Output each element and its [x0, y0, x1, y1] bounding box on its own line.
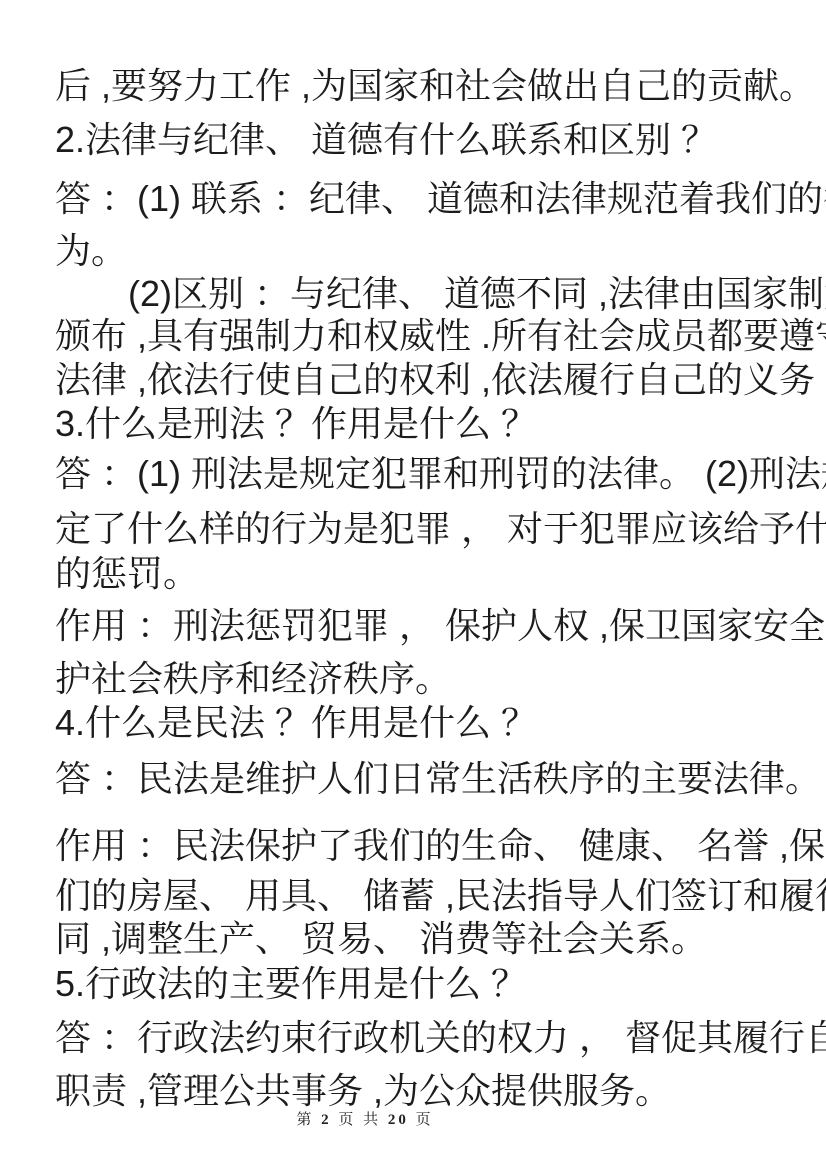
- question-3: 3.什么是刑法 ？作用是什么 ？: [55, 404, 537, 444]
- answer-5-line-1: 答 ：行政法约束行政机关的权力 ， 督促其履行自己的: [55, 1018, 826, 1058]
- answer-3-line-1: 答 ：(1) 刑法是规定犯罪和刑罚的法律。 (2)刑法规: [55, 454, 826, 494]
- document-page: 后 ,要努力工作 ,为国家和社会做出自己的贡献。 2.法律与纪律、 道德有什么联…: [0, 0, 826, 1169]
- answer-2-line-2: 为。: [55, 231, 127, 271]
- question-4: 4.什么是民法 ？作用是什么 ？: [55, 703, 537, 743]
- footer-unit1: 页: [338, 1112, 356, 1128]
- answer-2-line-4: 颁布 ,具有强制力和权威性 .所有社会成员都要遵守: [55, 316, 826, 356]
- footer-prefix: 第: [296, 1112, 314, 1128]
- answer-4-function-line-2: 们的房屋、 用具、 储蓄 ,民法指导人们签订和履行合: [55, 876, 826, 916]
- answer-3-function-line-1: 作用 ：刑法惩罚犯罪 ， 保护人权 ,保卫国家安全 ,维: [55, 606, 826, 646]
- answer-2-line-3: (2)区别 ：与纪律、 道德不同 ,法律由国家制定和: [128, 274, 826, 314]
- footer-unit2: 页: [416, 1112, 434, 1128]
- footer-separator: 共: [363, 1112, 381, 1128]
- answer-2-line-1: 答 ：(1) 联系 ：纪律、 道德和法律规范着我们的行: [55, 179, 826, 219]
- answer-3-function-line-2: 护社会秩序和经济秩序。: [55, 659, 451, 699]
- answer-4-function-line-3: 同 ,调整生产、 贸易、 消费等社会关系。: [55, 919, 707, 959]
- question-2: 2.法律与纪律、 道德有什么联系和区别 ？: [55, 120, 717, 160]
- answer-2-line-5: 法律 ,依法行使自己的权利 ,依法履行自己的义务: [55, 360, 815, 400]
- answer-4-line-1: 答 ：民法是维护人们日常生活秩序的主要法律。: [55, 759, 821, 799]
- answer-3-line-2: 定了什么样的行为是犯罪 ， 对于犯罪应该给予什么样: [55, 509, 826, 549]
- answer-5-line-2: 职责 ,管理公共事务 ,为公众提供服务。: [55, 1071, 671, 1111]
- answer-3-line-3: 的惩罚。: [55, 554, 199, 594]
- answer-4-function-line-1: 作用 ：民法保护了我们的生命、 健康、 名誉 ,保护我: [55, 826, 826, 866]
- footer-current-page: 2: [321, 1112, 332, 1128]
- footer-total-pages: 20: [388, 1112, 409, 1128]
- page-number-footer: 第 2 页 共 20 页: [0, 1108, 730, 1129]
- paragraph-continuation-line: 后 ,要努力工作 ,为国家和社会做出自己的贡献。: [55, 66, 815, 106]
- question-5: 5.行政法的主要作用是什么 ？: [55, 964, 527, 1004]
